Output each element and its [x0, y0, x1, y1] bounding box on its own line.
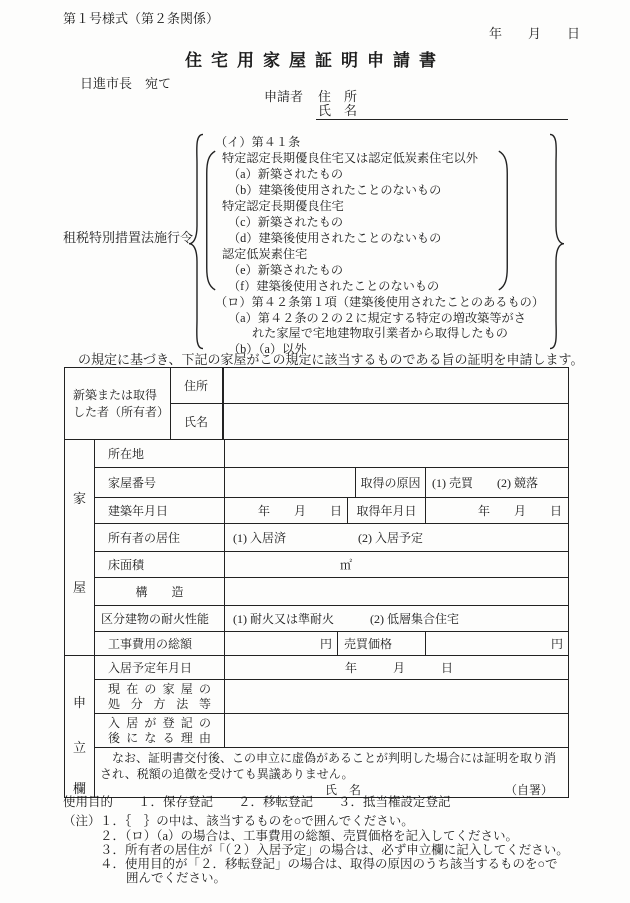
applicant-address-label: 住 所: [318, 90, 357, 104]
owner-name-input-cell[interactable]: [223, 404, 568, 439]
inner-right-paren: [496, 149, 511, 292]
side-char-petition2: 立: [73, 737, 86, 756]
law-ordinance-name: 租税特別措置法施行令: [63, 231, 193, 245]
outer-right-brace: [547, 130, 567, 353]
construction-cost-input-cell[interactable]: 円: [224, 632, 337, 655]
form-number-note: 第１号様式（第２条関係）: [63, 12, 219, 26]
law-option-line: （c）新築されたもの: [228, 216, 343, 229]
built-date-input-cell[interactable]: 年 月 日: [224, 498, 347, 523]
built-date-label: 建築年月日: [95, 502, 181, 519]
location-label: 所在地: [95, 445, 157, 462]
owner-label: 新築または取得 した者（所有者）: [65, 368, 171, 439]
house-number-input-cell[interactable]: [224, 468, 355, 497]
yen-unit: 円: [551, 635, 563, 652]
applicant-signature-line[interactable]: [316, 119, 568, 120]
addressee: 日進市長 宛て: [80, 77, 171, 91]
oath-cell: なお、証明書交付後、この申立に虚偽があることが判明した場合には証明を取り消され、…: [95, 748, 568, 797]
late-registration-input-cell[interactable]: [224, 714, 568, 747]
yen-unit: 円: [320, 635, 332, 652]
current-house-label-line2: 処分方法等: [95, 697, 224, 712]
law-option-line: 特定認定長期優良住宅又は認定低炭素住宅以外: [222, 152, 478, 165]
usage-purpose-line: 使用目的 １．保存登記 ２．移転登記 ３．抵当権設定登記: [63, 796, 451, 809]
side-char-petition1: 申: [73, 692, 86, 711]
law-option-line: （f）建築後使用されたことのないもの: [228, 280, 439, 293]
owner-residence-label: 所有者の居住: [95, 529, 193, 546]
notes-prefix: （注）: [63, 815, 101, 828]
sale-price-input-cell[interactable]: 円: [425, 632, 568, 655]
sale-price-label: 売買価格: [337, 632, 425, 655]
current-house-label-line1: 現在の家屋の: [95, 682, 224, 697]
note-line: ３．所有者の居住が「（２）入居予定」の場合は、必ず申立欄に記入してください。: [100, 844, 569, 857]
application-table: 新築または取得 した者（所有者） 住所 氏名 家 屋: [64, 367, 569, 798]
law-closing-sentence: の規定に基づき、下記の家屋がこの規定に該当するものである旨の証明を申請します。: [78, 353, 583, 367]
owner-label-line2: した者（所有者）: [73, 404, 170, 421]
form-title: 住宅用家屋証明申請書: [0, 46, 630, 71]
house-number-label: 家屋番号: [95, 474, 169, 491]
applicant-name-label: 氏 名: [318, 104, 357, 118]
note-line: ２．（ロ）（a）の場合は、工事費用の総額、売買価格を記入してください。: [100, 830, 518, 843]
floor-area-input-cell[interactable]: ㎡: [224, 552, 568, 577]
law-option-line: （ロ）第４２条第１項（建築後使用されたことのあるもの）: [215, 296, 544, 309]
petition-section: 申 立 欄 入居予定年月日 年 月 日 現在の家屋の 処分方法等: [65, 655, 568, 797]
law-option-line: （a）第４２条の２の２に規定する特定の増改築等がさ: [228, 312, 526, 325]
square-meter-unit: ㎡: [340, 556, 352, 573]
floor-area-label: 床面積: [95, 556, 157, 573]
application-form-page: 第１号様式（第２条関係） 年 月 日 住宅用家屋証明申請書 日進市長 宛て 申請…: [0, 0, 630, 903]
acquisition-cause-label: 取得の原因: [355, 468, 425, 497]
fire-resistance-label: 区分建物の耐火性能: [95, 610, 215, 627]
acquisition-cause-options[interactable]: (1) 売買 (2) 競落: [425, 468, 568, 497]
owner-address-input-cell[interactable]: [223, 368, 568, 403]
late-registration-label-line2: 後になる理由: [95, 731, 224, 746]
acquired-date-input-cell[interactable]: 年 月 日: [425, 498, 568, 523]
move-in-date-label: 入居予定年月日: [95, 659, 205, 676]
late-registration-label-line1: 入居が登記の: [95, 716, 224, 731]
owner-section: 新築または取得 した者（所有者） 住所 氏名: [65, 368, 568, 439]
oath-text: なお、証明書交付後、この申立に虚偽があることが判明した場合には証明を取り消され、…: [100, 751, 563, 782]
inner-left-paren: [203, 149, 218, 292]
law-option-line: （d）建築後使用されたことのないもの: [228, 232, 441, 245]
acquired-date-label: 取得年月日: [347, 498, 425, 523]
self-signature-note: （自署）: [505, 783, 553, 799]
law-option-line: 特定認定長期優良住宅: [222, 200, 344, 213]
fire-resistance-options[interactable]: (1) 耐火又は準耐火 (2) 低層集合住宅: [224, 606, 568, 631]
law-option-line: 認定低炭素住宅: [222, 248, 307, 261]
owner-label-line1: 新築または取得: [73, 387, 170, 404]
law-option-line: （イ）第４１条: [215, 136, 300, 149]
house-section: 家 屋 所在地 家屋番号 取得の原因 (1) 売買 (2) 競落 建築年月日 年…: [65, 439, 568, 655]
side-char-house1: 家: [73, 488, 86, 507]
owner-residence-options[interactable]: (1) 入居済 (2) 入居予定: [224, 524, 568, 551]
law-option-line: （a）新築されたもの: [228, 168, 343, 181]
petition-section-side-label: 申 立 欄: [65, 656, 95, 797]
house-section-side-label: 家 屋: [65, 440, 95, 655]
note-line: ４．使用目的が「２．移転登記」の場合は、取得の原因のうち該当するものを○で: [100, 858, 558, 871]
law-option-line: れた家屋で宅地建物取引業者から取得したもの: [252, 327, 508, 340]
side-char-house2: 屋: [73, 577, 86, 596]
applicant-label: 申請者: [264, 90, 303, 104]
owner-name-label: 氏名: [171, 413, 221, 430]
structure-input-cell[interactable]: [224, 578, 568, 605]
law-option-line: （e）新築されたもの: [228, 264, 343, 277]
owner-address-label: 住所: [171, 377, 221, 394]
construction-cost-label: 工事費用の総額: [95, 635, 205, 652]
location-input-cell[interactable]: [224, 440, 568, 467]
structure-label: 構 造: [135, 583, 183, 600]
note-line: 囲んでください。: [126, 872, 226, 885]
date-line: 年 月 日: [489, 27, 580, 41]
note-line: １．｛ ｝の中は、該当するものを○で囲んでください。: [100, 815, 414, 828]
law-option-line: （b）建築後使用されたことのないもの: [228, 184, 441, 197]
current-house-input-cell[interactable]: [224, 680, 568, 713]
move-in-date-input-cell[interactable]: 年 月 日: [224, 656, 568, 679]
